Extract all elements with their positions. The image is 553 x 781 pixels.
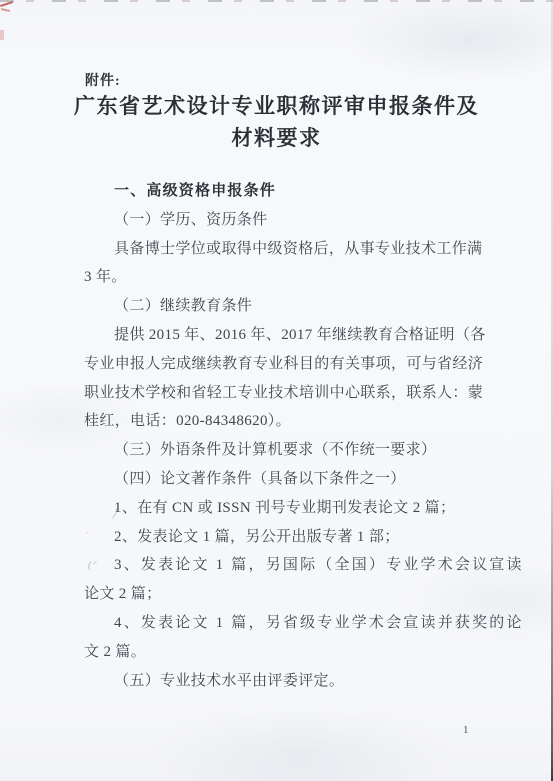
list-item-4: 4、发表论文 1 篇，另省级专业学术会宣读并获奖的论: [84, 609, 472, 638]
scan-top-edge-artifact: [0, 0, 553, 2]
body-line: 专业申报人完成继续教育专业科目的有关事项，可与省经济: [84, 350, 472, 379]
body-line: 提供 2015 年、2016 年、2017 年继续教育合格证明（各: [84, 321, 472, 350]
list-item-2: 2、发表论文 1 篇，另公开出版专著 1 部；: [84, 523, 472, 552]
page-number: 1: [463, 724, 469, 736]
section-heading-senior-qualification: 一、高级资格申报条件: [84, 177, 472, 206]
clause-publications-heading: （四）论文著作条件（具备以下条件之一）: [84, 465, 472, 494]
list-item-1: 1、在有 CN 或 ISSN 刊号专业期刊发表论文 2 篇；: [84, 494, 472, 523]
document-body: 一、高级资格申报条件 （一）学历、资历条件 具备博士学位或取得中级资格后，从事专…: [84, 177, 472, 695]
body-line: 3 年。: [84, 263, 472, 292]
clause-evaluation-heading: （五）专业技术水平由评委评定。: [84, 667, 472, 696]
red-pen-artifact: [0, 30, 4, 40]
clause-education-heading: （一）学历、资历条件: [84, 206, 472, 235]
body-line: 论文 2 篇；: [84, 580, 472, 609]
clause-language-computer-heading: （三）外语条件及计算机要求（不作统一要求）: [84, 436, 472, 465]
scanned-document-page: ᝍ ノ · (ᐟ 附件: 广东省艺术设计专业职称评审申报条件及 材料要求 一、高…: [0, 0, 553, 781]
document-title-line2: 材料要求: [232, 126, 322, 150]
document-title-line1: 广东省艺术设计专业职称评审申报条件及: [74, 94, 479, 118]
list-item-3: 3、发表论文 1 篇，另国际（全国）专业学术会议宣读: [84, 551, 472, 580]
body-line: 桂红，电话：020-84348620）。: [84, 407, 472, 436]
body-line: 职业技术学校和省轻工专业技术培训中心联系，联系人：蒙: [84, 379, 472, 408]
body-line: 文 2 篇。: [84, 638, 472, 667]
attachment-label: 附件:: [85, 70, 121, 90]
red-pen-artifact: [1, 8, 10, 12]
document-title: 广东省艺术设计专业职称评审申报条件及 材料要求: [40, 90, 513, 154]
body-line: 具备博士学位或取得中级资格后，从事专业技术工作满: [84, 235, 472, 264]
clause-continuing-education-heading: （二）继续教育条件: [84, 292, 472, 321]
